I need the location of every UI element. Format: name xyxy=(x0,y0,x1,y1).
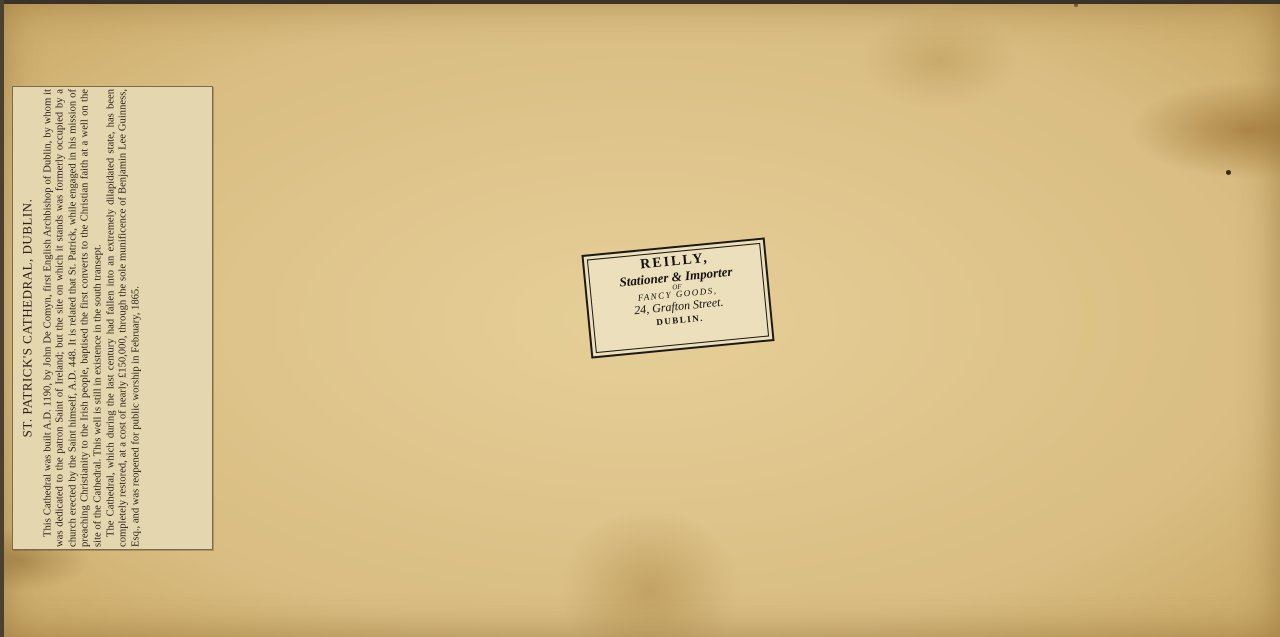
description-paragraph: The Cathedral, which during the last cen… xyxy=(105,89,143,547)
description-body: This Cathedral was built A.D. 1190, by J… xyxy=(42,89,143,547)
card-left-edge xyxy=(0,0,4,637)
description-label-text: ST. PATRICK'S CATHEDRAL, DUBLIN. This Ca… xyxy=(15,89,210,547)
description-label: ST. PATRICK'S CATHEDRAL, DUBLIN. This Ca… xyxy=(12,86,213,550)
description-paragraph: This Cathedral was built A.D. 1190, by J… xyxy=(42,89,105,547)
card-top-edge xyxy=(0,0,1280,4)
foxing-spot xyxy=(1226,170,1231,175)
foxing-spot xyxy=(1074,3,1078,7)
stamp-border xyxy=(587,243,769,353)
description-title: ST. PATRICK'S CATHEDRAL, DUBLIN. xyxy=(21,89,34,547)
stereoview-card-back: ST. PATRICK'S CATHEDRAL, DUBLIN. This Ca… xyxy=(0,0,1280,637)
publisher-stamp: REILLY, Stationer & Importer OF FANCY GO… xyxy=(581,237,774,358)
